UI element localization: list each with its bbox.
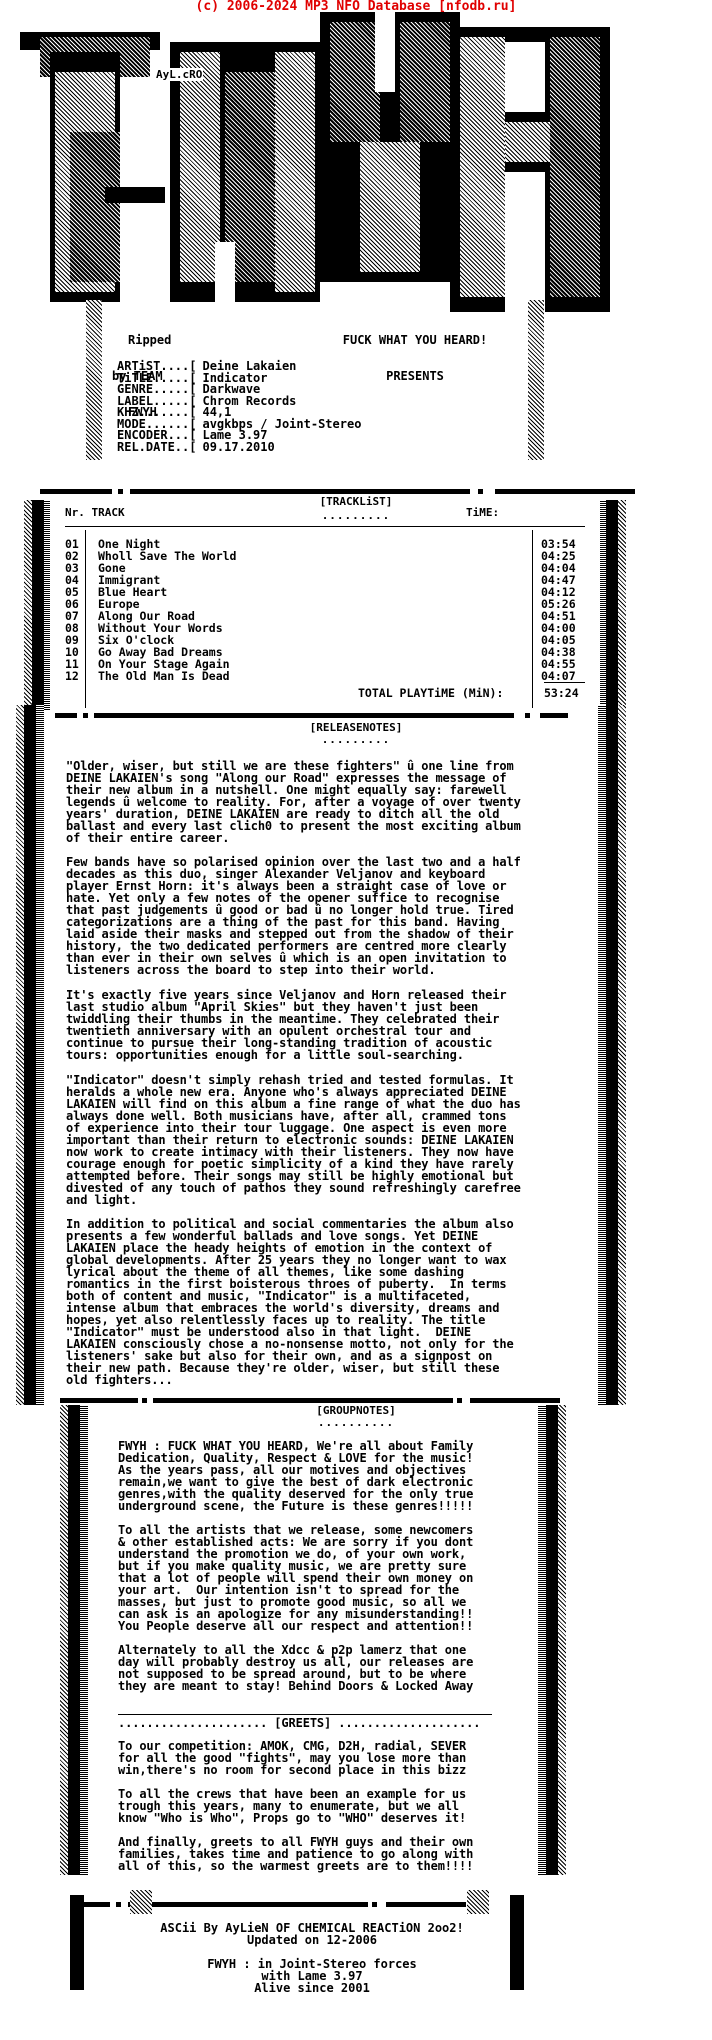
track-title: The Old Man Is Dead [98,670,230,682]
divider [83,713,88,718]
right-pillar [538,1405,568,1875]
tracklist-col-track: Nr. TRACK [65,506,125,519]
groupnotes-paragraph: To all the artists that we release, some… [118,1524,473,1632]
divider [540,713,568,718]
divider [478,489,483,494]
greets-paragraph: To our competition: AMOK, CMG, D2H, radi… [118,1740,466,1776]
right-border-decoration [528,300,544,460]
release-info: ARTiST....[Deine LakaienTiTLE.....[Indic… [117,361,361,453]
track-row: 02Wholl Save The World04:25 [65,550,585,562]
divider [142,1398,147,1403]
right-pillar [598,705,628,1405]
releasenotes-paragraph: It's exactly five years since Veljanov a… [66,989,507,1061]
logo-artist-tag: AyL.cRO [155,68,203,81]
divider [40,489,112,494]
releasenotes-paragraph: "Older, wiser, but still we are these fi… [66,760,521,844]
divider [495,489,635,494]
release-info-value: 09.17.2010 [202,440,274,454]
track-row: 12The Old Man Is Dead04:07 [65,670,585,682]
divider [80,1902,110,1907]
left-pillar [60,1405,90,1875]
track-list: 01One Night03:5402Wholl Save The World04… [65,538,585,682]
track-nr: 12 [65,670,79,682]
greets-paragraph: And finally, greets to all FWYH guys and… [118,1836,473,1872]
releasenotes-title: [RELEASENOTES] [0,722,712,733]
release-info-label: REL.DATE..[ [117,440,196,454]
total-playtime-label: TOTAL PLAYTiME (MiN): [358,686,503,700]
total-rule [544,682,585,683]
divider [94,713,514,718]
releasenotes-paragraph: "Indicator" doesn't simply rehash tried … [66,1074,521,1206]
groupnotes-paragraph: FWYH : FUCK WHAT YOU HEARD, We're all ab… [118,1440,473,1512]
divider [525,713,530,718]
divider [153,1398,453,1403]
groupnotes-dots: .......... [0,1419,712,1427]
tracklist-col-time: TiME: [466,506,499,519]
total-playtime-value: 53:24 [544,686,579,700]
greets-title: ..................... [GREETS] .........… [118,1717,480,1729]
divider [116,1902,121,1907]
groupnotes-paragraph: Alternately to all the Xdcc & p2p lamerz… [118,1644,473,1692]
track-time: 04:07 [541,670,576,682]
left-pillar [16,705,46,1405]
releasenotes-dots: ......... [0,736,712,744]
tracklist-rule [65,526,585,527]
greets-rule [118,1714,492,1715]
greets-paragraph: To all the crews that have been an examp… [118,1788,466,1824]
divider [457,1398,462,1403]
fwyh-ascii-logo: AyL.cRO [10,12,630,312]
left-border-decoration [86,300,102,460]
left-pillar [24,500,50,710]
divider [55,713,77,718]
divider [386,1902,466,1907]
divider [128,1902,368,1907]
divider [60,1398,138,1403]
divider [130,489,470,494]
footer-tagline: FWYH : in Joint-Stereo forces with Lame … [0,1958,668,1994]
footer-left-ornament [130,1890,152,1914]
releasenotes-paragraph: In addition to political and social comm… [66,1218,514,1386]
footer-credit: ASCii By AyLieN OF CHEMICAL REACTiON 2oo… [0,1922,668,1946]
groupnotes-title: [GROUPNOTES] [0,1405,712,1416]
releasenotes-paragraph: Few bands have so polarised opinion over… [66,856,521,976]
footer-right-ornament [467,1890,489,1914]
divider [470,1398,560,1403]
right-pillar [600,500,626,710]
divider [118,489,123,494]
divider [372,1902,377,1907]
release-info-row: REL.DATE..[09.17.2010 [117,442,361,454]
track-row: 05Blue Heart04:12 [65,586,585,598]
